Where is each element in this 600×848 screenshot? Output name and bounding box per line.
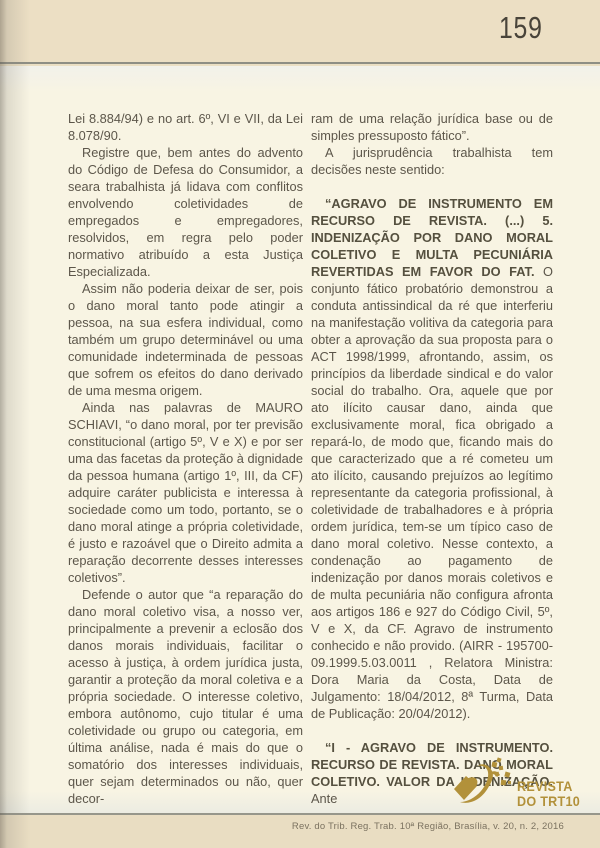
paragraph: Ainda nas palavras de MAURO SCHIAVI, “o … (68, 399, 303, 586)
paragraph: Registre que, bem antes do advento do Có… (68, 144, 303, 280)
trt10-logo-wordmark: REVISTA DO TRT10 (517, 779, 580, 811)
paragraph: Assim não poderia deixar de ser, pois o … (68, 280, 303, 399)
page-header: 159 (0, 0, 600, 64)
trt10-logo: REVISTA DO TRT10 (451, 757, 587, 811)
paragraph: A jurisprudência trabalhista tem decisõe… (311, 144, 553, 178)
case-headline-bold: “AGRAVO DE INSTRUMENTO EM RECURSO DE REV… (311, 196, 553, 279)
right-column: ram de uma relação jurídica base ou de s… (311, 110, 553, 807)
paragraph: Defende o autor que “a reparação do dano… (68, 586, 303, 807)
logo-line-1: REVISTA (517, 779, 580, 794)
case-body-text: Ante (311, 791, 337, 806)
footer-citation: Rev. do Trib. Reg. Trab. 10ª Região, Bra… (292, 821, 564, 832)
trt10-logo-icon (451, 757, 513, 811)
content-area: Lei 8.884/94) e no art. 6º, VI e VII, da… (0, 66, 600, 813)
journal-page: 159 Lei 8.884/94) e no art. 6º, VI e VII… (0, 0, 600, 848)
page-number: 159 (499, 10, 543, 46)
logo-line-2: DO TRT10 (517, 794, 580, 809)
two-column-text: Lei 8.884/94) e no art. 6º, VI e VII, da… (68, 110, 553, 807)
paragraph: Lei 8.884/94) e no art. 6º, VI e VII, da… (68, 110, 303, 144)
case-body-text: O conjunto fático probatório demonstrou … (311, 264, 553, 721)
paragraph-case-citation: “AGRAVO DE INSTRUMENTO EM RECURSO DE REV… (311, 195, 553, 722)
left-column: Lei 8.884/94) e no art. 6º, VI e VII, da… (68, 110, 303, 807)
footer-bar: Rev. do Trib. Reg. Trab. 10ª Região, Bra… (0, 813, 600, 848)
paragraph: ram de uma relação jurídica base ou de s… (311, 110, 553, 144)
